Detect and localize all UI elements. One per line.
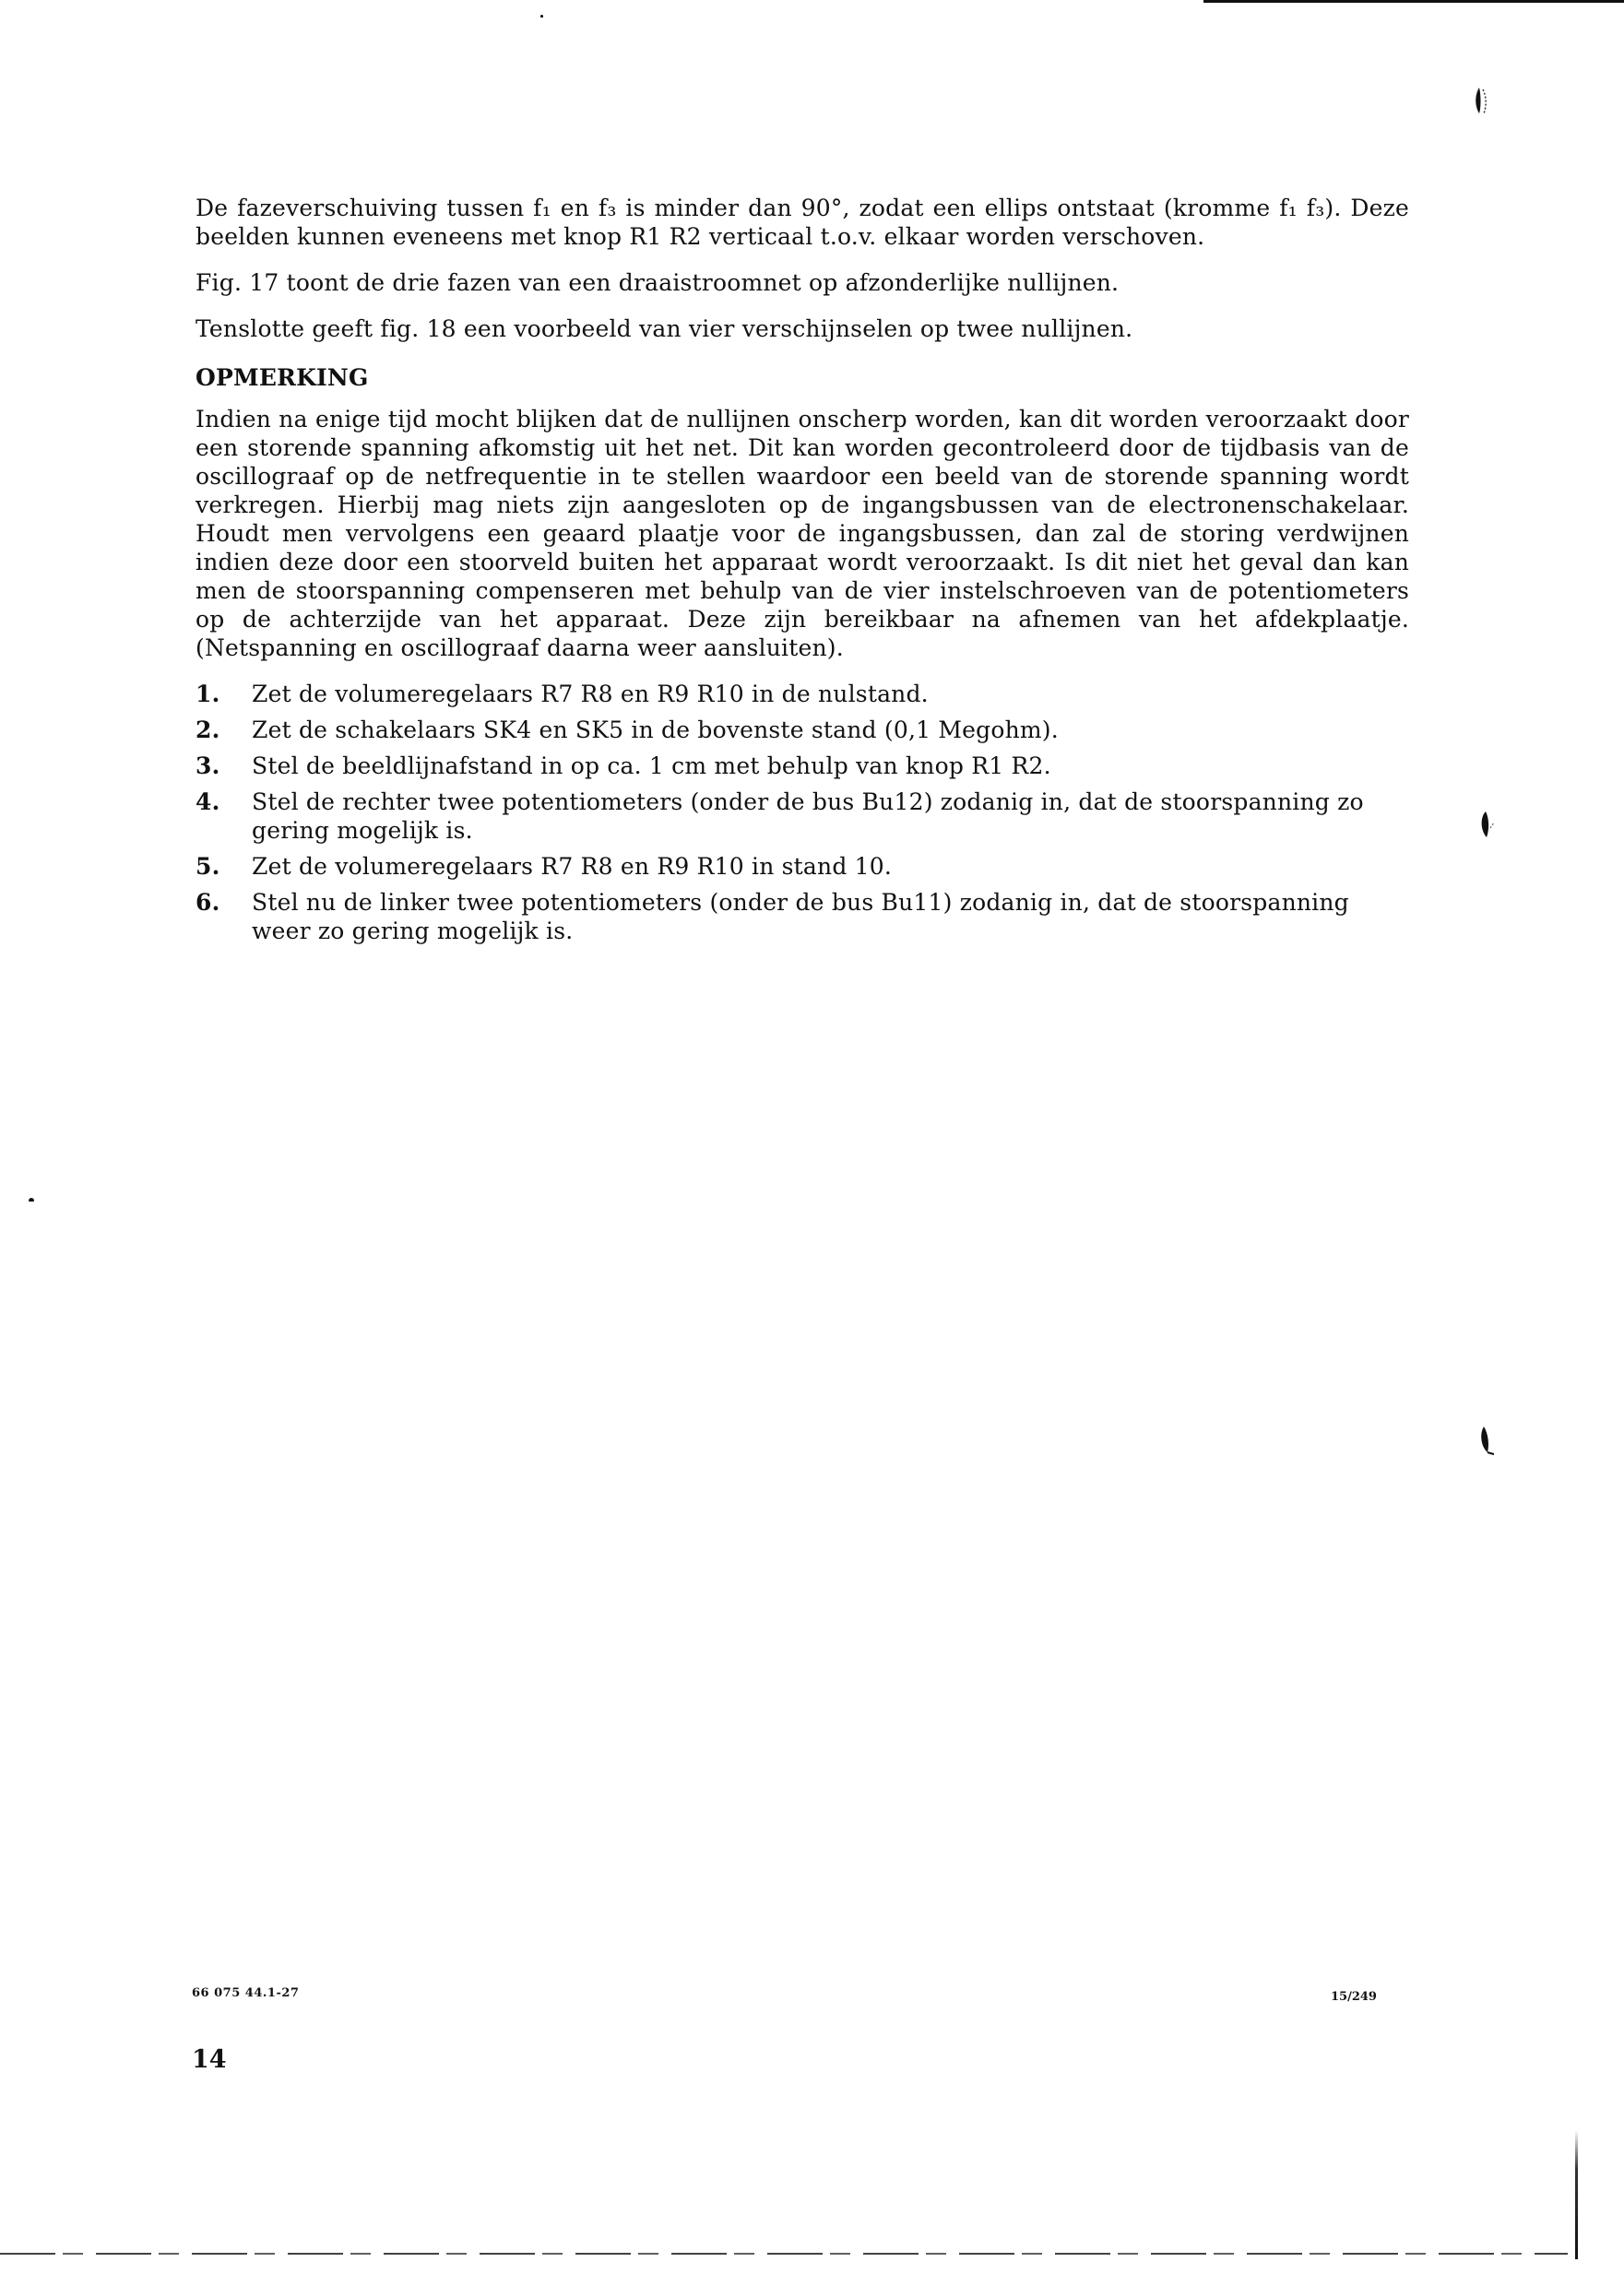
step-number: 4.: [196, 788, 252, 845]
step-text: Stel de rechter twee potentiometers (ond…: [252, 788, 1409, 845]
step-item: 1. Zet de volumeregelaars R7 R8 en R9 R1…: [196, 680, 1409, 708]
step-text: Zet de volumeregelaars R7 R8 en R9 R10 i…: [252, 680, 1409, 708]
procedure-steps: 1. Zet de volumeregelaars R7 R8 en R9 R1…: [196, 680, 1409, 945]
step-number: 5.: [196, 852, 252, 881]
step-item: 4. Stel de rechter twee potentiometers (…: [196, 788, 1409, 845]
scan-edge-right: [1575, 2130, 1578, 2259]
note-body: Indien na enige tijd mocht blijken dat d…: [196, 405, 1409, 662]
step-number: 6.: [196, 888, 252, 945]
paragraph-fig18: Tenslotte geeft fig. 18 een voorbeeld va…: [196, 314, 1409, 343]
document-code: 66 075 44.1-27: [192, 1986, 299, 2000]
step-text: Stel nu de linker twee potentiometers (o…: [252, 888, 1409, 945]
step-item: 2. Zet de schakelaars SK4 en SK5 in de b…: [196, 716, 1409, 744]
page-content: De fazeverschuiving tussen f₁ en f₃ is m…: [196, 194, 1409, 953]
binder-hole-icon: [1478, 810, 1495, 841]
step-text: Zet de schakelaars SK4 en SK5 in de bove…: [252, 716, 1409, 744]
scan-edge-top: [1203, 0, 1624, 3]
step-number: 1.: [196, 680, 252, 708]
step-number: 2.: [196, 716, 252, 744]
step-number: 3.: [196, 752, 252, 780]
scan-speck: [29, 1198, 34, 1202]
step-item: 6. Stel nu de linker twee potentiometers…: [196, 888, 1409, 945]
step-text: Zet de volumeregelaars R7 R8 en R9 R10 i…: [252, 852, 1409, 881]
step-item: 3. Stel de beeldlijnafstand in op ca. 1 …: [196, 752, 1409, 780]
step-item: 5. Zet de volumeregelaars R7 R8 en R9 R1…: [196, 852, 1409, 881]
scanned-page: De fazeverschuiving tussen f₁ en f₃ is m…: [0, 0, 1624, 2286]
step-text: Stel de beeldlijnafstand in op ca. 1 cm …: [252, 752, 1409, 780]
note-heading: OPMERKING: [196, 363, 1409, 392]
document-reference: 15/249: [1331, 1990, 1377, 2004]
page-number: 14: [192, 2045, 227, 2074]
binder-hole-icon: [1478, 1425, 1495, 1456]
paragraph-phase-shift: De fazeverschuiving tussen f₁ en f₃ is m…: [196, 194, 1409, 251]
paragraph-fig17: Fig. 17 toont de drie fazen van een draa…: [196, 268, 1409, 297]
scan-speck: [540, 15, 543, 18]
binder-hole-icon: [1473, 86, 1489, 117]
scan-edge-bottom: [0, 2253, 1568, 2255]
